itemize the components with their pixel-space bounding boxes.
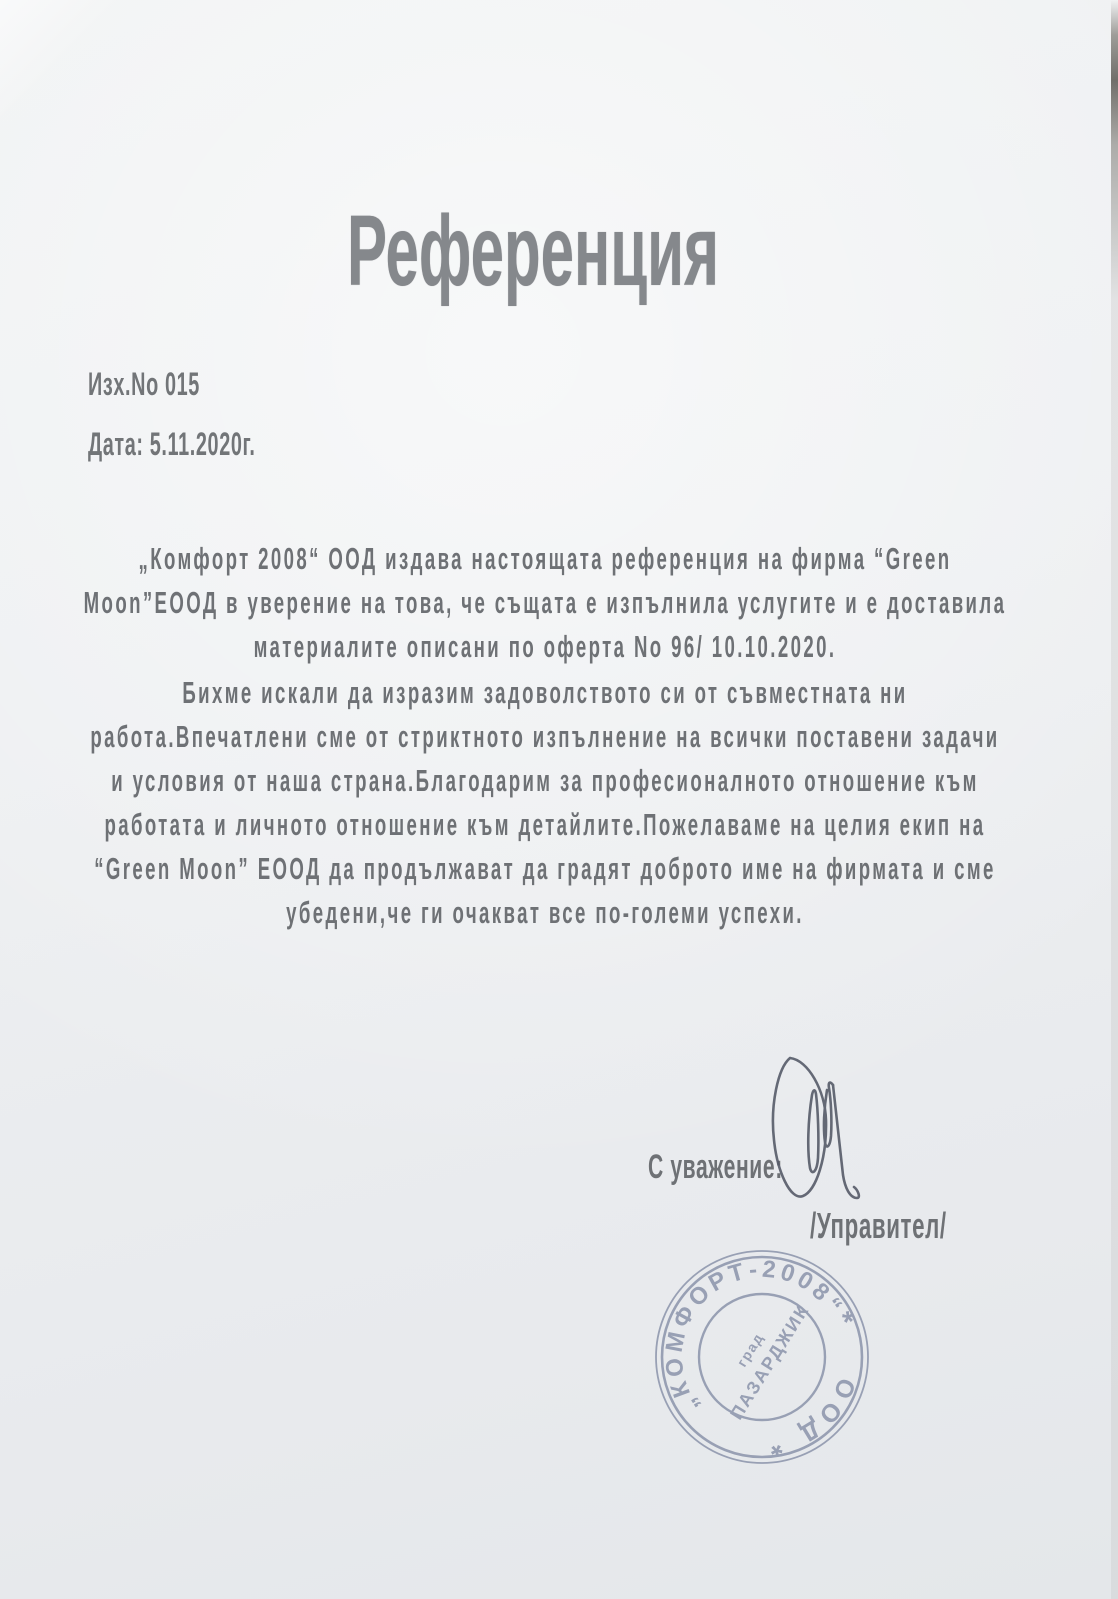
reference-number: Изх.No 015 <box>88 366 200 403</box>
photo-edge-shadow <box>1111 0 1118 1599</box>
company-stamp: „КОМФОРТ-2008“ * ООД * град ПАЗАРДЖИК <box>647 1242 877 1472</box>
paragraph-body-line: Бихме искали да изразим задоволството си… <box>0 671 1115 715</box>
paragraph-intro-line: материалите описани по оферта No 96/ 10.… <box>0 625 1115 669</box>
handwritten-signature <box>750 1040 890 1220</box>
paragraph-body-line: убедени,че ги очакват все по-големи успе… <box>0 891 1115 935</box>
paragraph-intro-line: Moon”ЕООД в уверение на това, че същата … <box>0 581 1115 625</box>
signature-stroke <box>808 1090 818 1172</box>
svg-text:ООД: ООД <box>790 1374 861 1450</box>
scanned-document-page: Референция Изх.No 015 Дата: 5.11.2020г. … <box>0 0 1118 1599</box>
signature-stroke <box>833 1085 859 1198</box>
paragraph-body-line: работата и личното отношение към детайли… <box>0 803 1115 847</box>
paragraph-body-line: “Green Moon” ЕООД да продължават да град… <box>0 847 1115 891</box>
paragraph-intro: „Комфорт 2008“ ООД издава настоящата реф… <box>0 537 1115 669</box>
signature-stroke <box>824 1083 833 1147</box>
stamp-ring-text-ood: ООД <box>790 1374 861 1450</box>
paragraph-intro-line: „Комфорт 2008“ ООД издава настоящата реф… <box>0 537 1115 581</box>
page-title: Референция <box>198 194 869 309</box>
signer-role: /Управител/ <box>810 1205 947 1247</box>
paragraph-body: Бихме искали да изразим задоволството си… <box>0 671 1115 935</box>
paragraph-body-line: и условия от наша страна.Благодарим за п… <box>0 759 1115 803</box>
date-line: Дата: 5.11.2020г. <box>88 426 256 463</box>
paragraph-body-line: работа.Впечатлени сме от стриктното изпъ… <box>0 715 1115 759</box>
